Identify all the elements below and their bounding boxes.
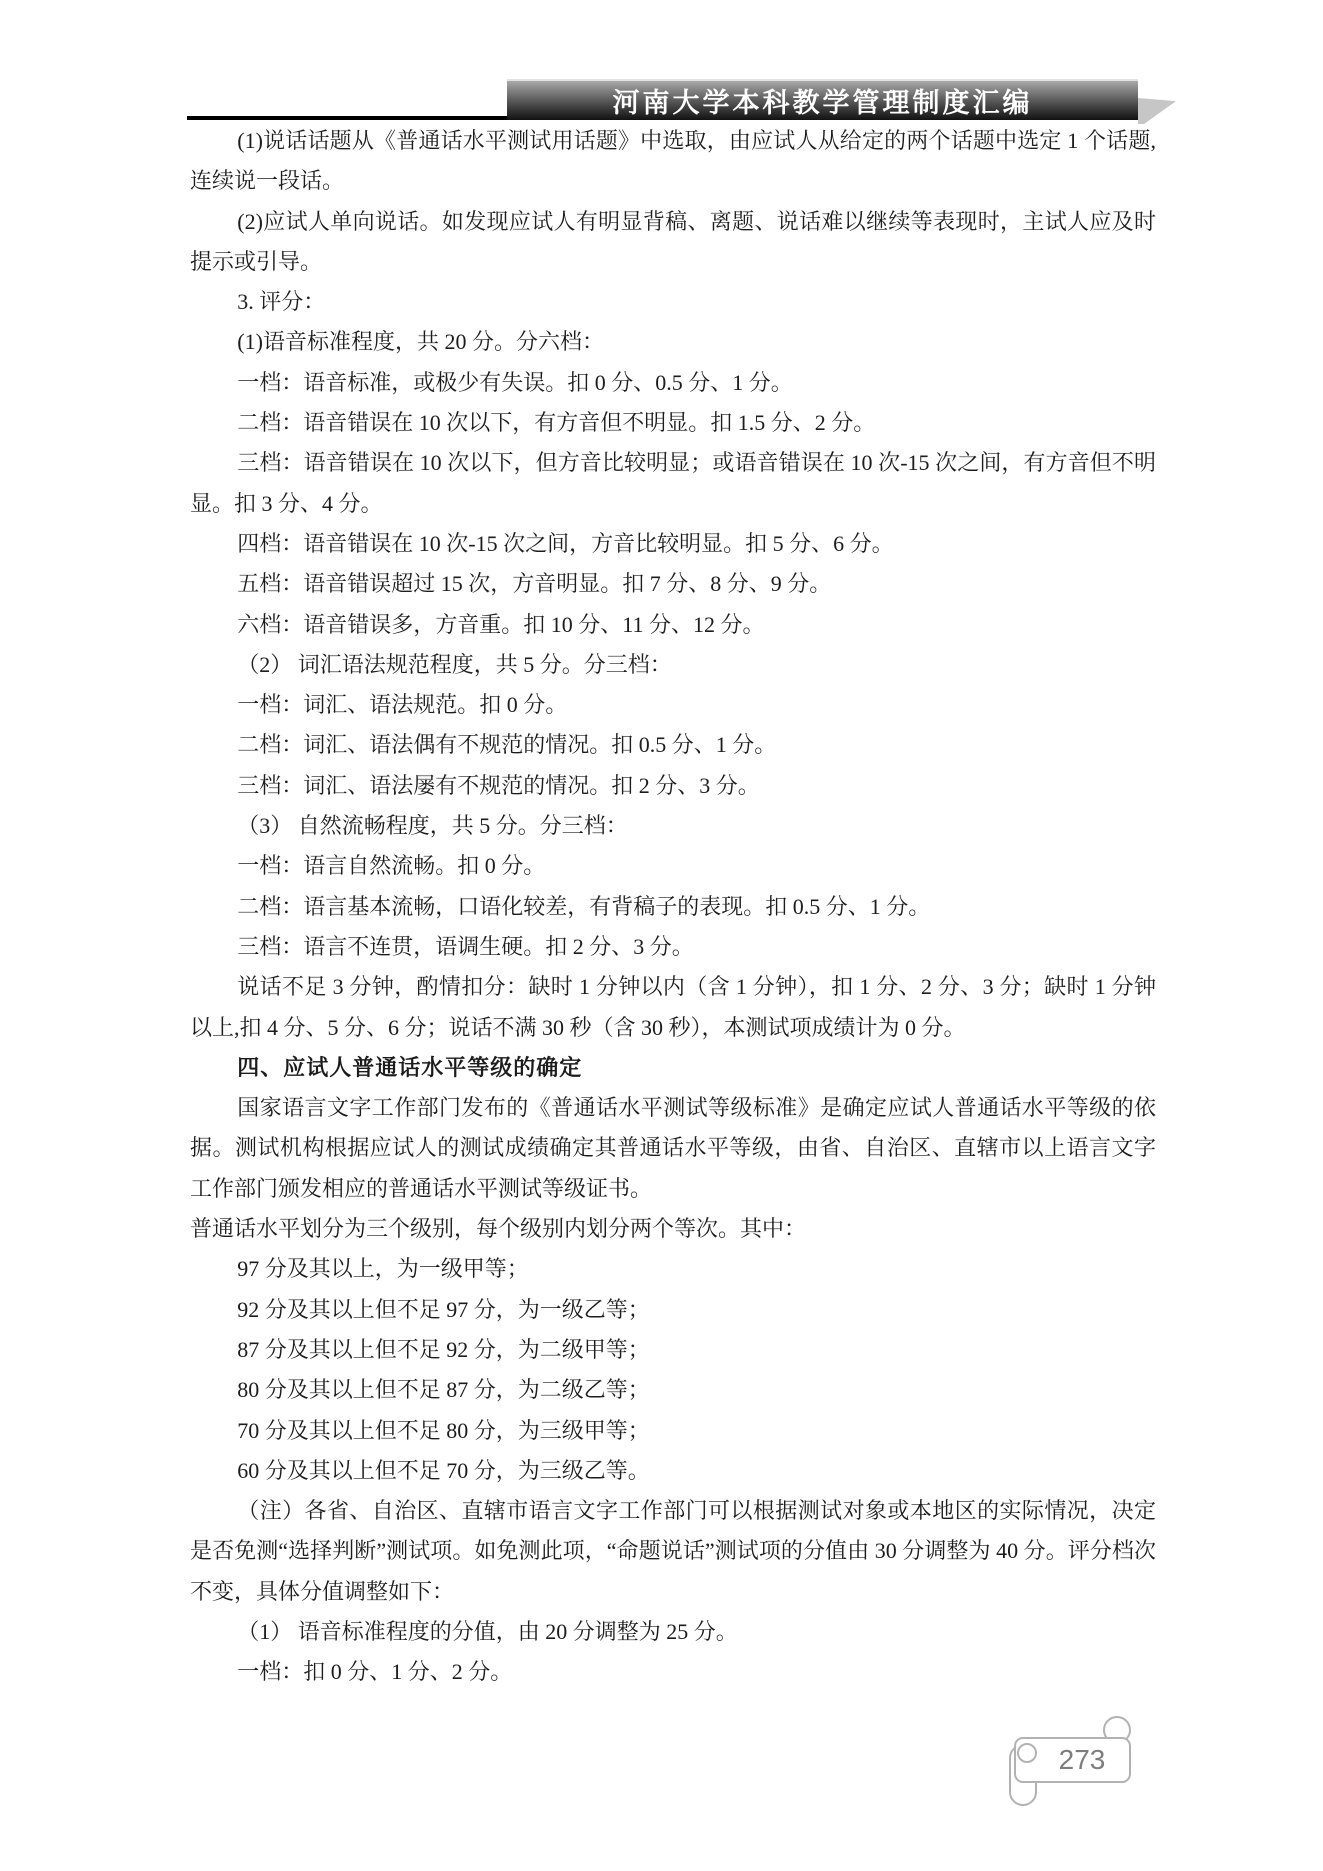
paragraph: 一档：词汇、语法规范。扣 0 分。 [190, 685, 1156, 725]
paragraph: 五档：语音错误超过 15 次，方音明显。扣 7 分、8 分、9 分。 [190, 564, 1156, 604]
paragraph: 70 分及其以上但不足 80 分，为三级甲等； [190, 1411, 1156, 1451]
page-number: 273 [1036, 1745, 1128, 1775]
paragraph: 六档：语音错误多，方音重。扣 10 分、11 分、12 分。 [190, 605, 1156, 645]
paragraph: 说话不足 3 分钟，酌情扣分：缺时 1 分钟以内（含 1 分钟），扣 1 分、2… [190, 967, 1156, 1048]
paragraph: (2)应试人单向说话。如发现应试人有明显背稿、离题、说话难以继续等表现时，主试人… [190, 202, 1156, 283]
paragraph: 四档：语音错误在 10 次-15 次之间，方音比较明显。扣 5 分、6 分。 [190, 524, 1156, 564]
paragraph: （3） 自然流畅程度，共 5 分。分三档： [190, 806, 1156, 846]
document-page: 河南大学本科教学管理制度汇编 (1)说话话题从《普通话水平测试用话题》中选取，由… [0, 0, 1323, 1871]
header-banner-title: 河南大学本科教学管理制度汇编 [613, 81, 1033, 120]
paragraph: (1)说话话题从《普通话水平测试用话题》中选取，由应试人从给定的两个话题中选定 … [190, 121, 1156, 202]
paragraph: 80 分及其以上但不足 87 分，为二级乙等； [190, 1370, 1156, 1410]
paragraph: 二档：语音错误在 10 次以下，有方音但不明显。扣 1.5 分、2 分。 [190, 403, 1156, 443]
paragraph: 60 分及其以上但不足 70 分，为三级乙等。 [190, 1451, 1156, 1491]
paragraph: 二档：词汇、语法偶有不规范的情况。扣 0.5 分、1 分。 [190, 725, 1156, 765]
paragraph: 二档：语言基本流畅，口语化较差，有背稿子的表现。扣 0.5 分、1 分。 [190, 887, 1156, 927]
paragraph: 一档：语音标准，或极少有失误。扣 0 分、0.5 分、1 分。 [190, 363, 1156, 403]
paragraph: （2） 词汇语法规范程度，共 5 分。分三档： [190, 645, 1156, 685]
document-body: (1)说话话题从《普通话水平测试用话题》中选取，由应试人从给定的两个话题中选定 … [190, 121, 1156, 1693]
paragraph: 87 分及其以上但不足 92 分，为二级甲等； [190, 1330, 1156, 1370]
paragraph: （1） 语音标准程度的分值，由 20 分调整为 25 分。 [190, 1612, 1156, 1652]
paragraph: （注）各省、自治区、直辖市语言文字工作部门可以根据测试对象或本地区的实际情况，决… [190, 1491, 1156, 1612]
paragraph: 一档：语言自然流畅。扣 0 分。 [190, 846, 1156, 886]
paragraph: (1)语音标准程度，共 20 分。分六档： [190, 322, 1156, 362]
paragraph: 国家语言文字工作部门发布的《普通话水平测试等级标准》是确定应试人普通话水平等级的… [190, 1088, 1156, 1209]
paragraph: 三档：语音错误在 10 次以下，但方音比较明显；或语音错误在 10 次-15 次… [190, 443, 1156, 524]
paragraph: 一档：扣 0 分、1 分、2 分。 [190, 1652, 1156, 1692]
scroll-curl-icon [1017, 1743, 1037, 1763]
header-banner: 河南大学本科教学管理制度汇编 [507, 79, 1138, 120]
paragraph: 三档：语言不连贯，语调生硬。扣 2 分、3 分。 [190, 927, 1156, 967]
paragraph: 97 分及其以上，为一级甲等； [190, 1249, 1156, 1289]
section-heading: 四、应试人普通话水平等级的确定 [190, 1048, 1156, 1088]
paragraph: 普通话水平划分为三个级别，每个级别内划分两个等次。其中： [190, 1209, 1156, 1249]
paragraph: 92 分及其以上但不足 97 分，为一级乙等； [190, 1290, 1156, 1330]
paragraph: 3. 评分： [190, 282, 1156, 322]
paragraph: 三档：词汇、语法屡有不规范的情况。扣 2 分、3 分。 [190, 766, 1156, 806]
